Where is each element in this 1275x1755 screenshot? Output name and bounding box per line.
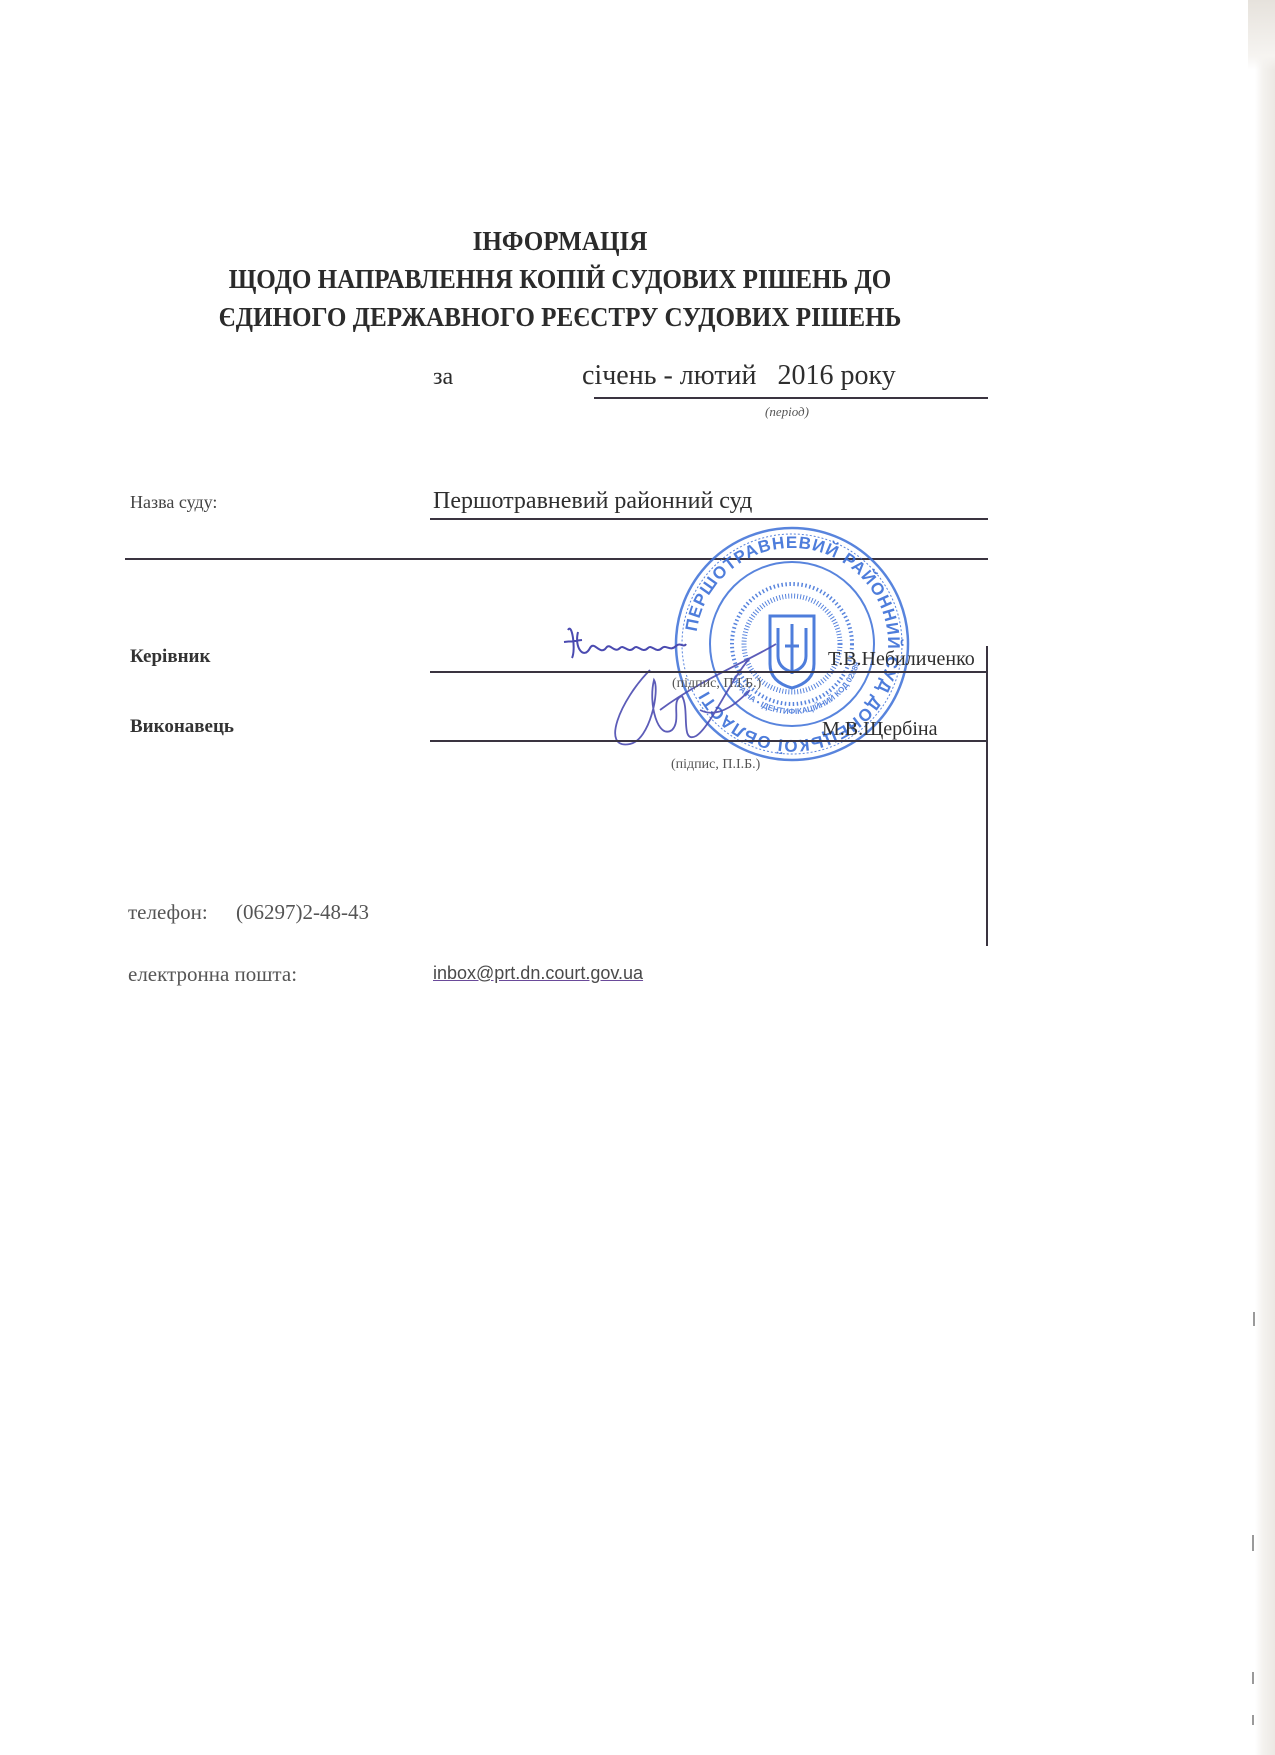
scan-speck bbox=[1253, 1312, 1255, 1326]
head-signature-caption: (підпис, П.І.Б.) bbox=[672, 676, 761, 692]
head-role-label: Керівник bbox=[130, 646, 210, 668]
period-underline bbox=[594, 397, 988, 399]
executor-role-label: Виконавець bbox=[130, 716, 234, 738]
email-label: електронна пошта: bbox=[128, 962, 297, 987]
court-name-value: Першотравневий районний суд bbox=[433, 488, 752, 515]
scan-speck bbox=[1252, 1535, 1254, 1551]
court-name-label: Назва суду: bbox=[130, 492, 217, 513]
phone-label: телефон: bbox=[128, 900, 208, 925]
document-title-line-1: ІНФОРМАЦІЯ bbox=[160, 226, 960, 257]
document-title-line-3: ЄДИНОГО ДЕРЖАВНОГО РЕЄСТРУ СУДОВИХ РІШЕН… bbox=[160, 302, 960, 333]
executor-name: М.В.Щербіна bbox=[822, 718, 938, 741]
period-prefix: за bbox=[433, 364, 453, 391]
period-caption: (період) bbox=[765, 404, 809, 420]
head-signature-line bbox=[430, 671, 988, 673]
scan-speck bbox=[1252, 1672, 1254, 1684]
executor-signature-line bbox=[430, 740, 988, 742]
phone-value: (06297)2-48-43 bbox=[236, 900, 369, 925]
executor-signature-caption: (підпис, П.І.Б.) bbox=[671, 757, 760, 773]
email-link[interactable]: inbox@prt.dn.court.gov.ua bbox=[433, 963, 643, 984]
right-border-line bbox=[986, 646, 988, 946]
scan-edge-shadow bbox=[1255, 0, 1275, 1755]
head-name: Т.В.Небиличенко bbox=[828, 648, 975, 671]
court-name-underline bbox=[430, 518, 988, 520]
period-value: січень - лютий 2016 року bbox=[582, 360, 896, 392]
executor-signature-icon bbox=[600, 640, 780, 760]
document-title-line-2: ЩОДО НАПРАВЛЕННЯ КОПІЙ СУДОВИХ РІШЕНЬ ДО bbox=[160, 264, 960, 295]
scan-edge-top-shadow bbox=[1248, 0, 1275, 70]
scan-speck bbox=[1252, 1715, 1254, 1725]
